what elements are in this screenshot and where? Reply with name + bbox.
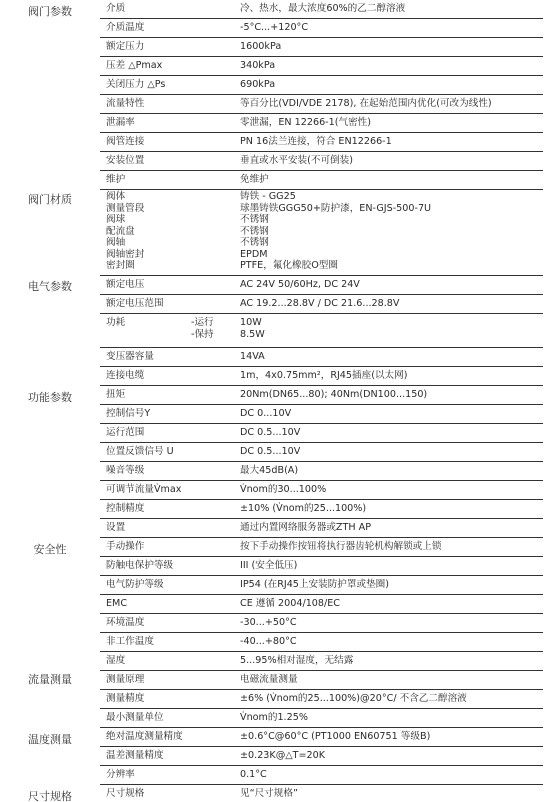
section-safety: 安全性 防触电保护等级III (安全低压) 电气防护等级IP54 (在RJ45上…	[0, 538, 550, 671]
section-label: 温度测量	[0, 731, 100, 747]
row-key: 测量精度	[100, 690, 240, 708]
row-value: 通过内置网络服务器或ZTH AP	[240, 519, 543, 537]
row-key: 安装位置	[100, 152, 240, 170]
table-row: 位置反馈信号 UDC 0.5...10V	[100, 443, 543, 462]
row-value: 免维护	[240, 171, 543, 189]
table-row: EMCCE 遵循 2004/108/EC	[100, 595, 543, 614]
section-label: 阀门材质	[0, 191, 100, 207]
row-key: EMC	[100, 595, 240, 613]
row-key: 非工作温度	[100, 633, 240, 651]
material-value: PTFE，氟化橡胶O型圈	[240, 260, 543, 272]
row-key: 额定压力	[100, 38, 240, 56]
material-value: EPDM	[240, 249, 543, 261]
row-value: 0.1°C	[240, 766, 543, 784]
section-label: 电气参数	[0, 278, 100, 294]
rows: 额定电压AC 24V 50/60Hz, DC 24V 额定电压范围AC 19.2…	[100, 275, 543, 386]
section-flow-measurement: 流量测量 测量原理电磁流量测量 测量精度±6% (V̇nom的25...100%…	[0, 671, 550, 728]
row-key: 连接电缆	[100, 367, 240, 385]
table-row: 介质温度-5°C...+120°C	[100, 19, 543, 38]
row-key: 分辨率	[100, 766, 240, 784]
material-key: 阀体	[106, 191, 240, 203]
row-key: 关闭压力 △Ps	[100, 76, 240, 94]
row-value: PN 16法兰连接，符合 EN12266-1	[240, 133, 543, 151]
row-key: 扭矩	[100, 386, 240, 404]
row-value: 1600kPa	[240, 38, 543, 56]
row-value: IP54 (在RJ45上安装防护罩或垫圈)	[240, 576, 543, 594]
section-valve-materials: 阀门材质 阀体 测量管段 阀球 配流盘 阀轴 阀轴密封 密封圈 铸铁 - GG2…	[0, 190, 550, 275]
table-row: 分辨率0.1°C	[100, 766, 543, 785]
rows: 防触电保护等级III (安全低压) 电气防护等级IP54 (在RJ45上安装防护…	[100, 557, 543, 671]
section-label: 安全性	[0, 541, 100, 557]
material-key: 阀轴	[106, 237, 240, 249]
table-row: 额定电压AC 24V 50/60Hz, DC 24V	[100, 275, 543, 295]
row-key: 介质温度	[100, 19, 240, 37]
material-value: 不锈钢	[240, 226, 543, 238]
row-value: DC 0.5...10V	[240, 443, 543, 461]
section-dimensions: 尺寸规格 尺寸规格见“尺寸规格”	[0, 785, 550, 802]
row-value: CE 遵循 2004/108/EC	[240, 595, 543, 613]
section-label: 尺寸规格	[0, 788, 100, 802]
power-hold-value: 8.5W	[240, 329, 543, 341]
table-row: 安装位置垂直或水平安装(不可倒装)	[100, 152, 543, 171]
row-key: 压差 △Pmax	[100, 57, 240, 75]
table-row: 非工作温度-40...+80°C	[100, 633, 543, 652]
materials-block: 阀体 测量管段 阀球 配流盘 阀轴 阀轴密封 密封圈 铸铁 - GG25 球墨铸…	[100, 190, 543, 275]
row-value: AC 24V 50/60Hz, DC 24V	[240, 276, 543, 294]
row-value: ±0.6°C@60°C (PT1000 EN60751 等级B)	[240, 728, 543, 746]
table-row: 额定电压范围AC 19.2...28.8V / DC 21.6...28.8V	[100, 295, 543, 314]
table-row: 噪音等级最大45dB(A)	[100, 462, 543, 481]
row-key: 电气防护等级	[100, 576, 240, 594]
row-value: 340kPa	[240, 57, 543, 75]
material-key: 阀球	[106, 214, 240, 226]
row-value: 20Nm(DN65...80); 40Nm(DN100...150)	[240, 386, 543, 404]
table-row: 绝对温度测量精度±0.6°C@60°C (PT1000 EN60751 等级B)	[100, 728, 543, 747]
row-key: 维护	[100, 171, 240, 189]
row-value: 690kPa	[240, 76, 543, 94]
rows: 介质冷、热水，最大浓度60%的乙二醇溶液 介质温度-5°C...+120°C 额…	[100, 0, 543, 190]
row-key: 设置	[100, 519, 240, 537]
row-key: 最小测量单位	[100, 709, 240, 727]
row-value: DC 0...10V	[240, 405, 543, 423]
section-valve-params: 阀门参数 介质冷、热水，最大浓度60%的乙二醇溶液 介质温度-5°C...+12…	[0, 0, 550, 190]
row-key: 测量原理	[100, 671, 240, 689]
row-key: 温差测量精度	[100, 747, 240, 765]
material-value: 球墨铸铁GGG50+防护漆，EN-GJS-500-7U	[240, 203, 543, 215]
row-key: 尺寸规格	[100, 785, 240, 802]
row-value: 1m，4x0.75mm²，RJ45插座(以太网)	[240, 367, 543, 385]
row-value: 电磁流量测量	[240, 671, 543, 689]
row-key: 泄漏率	[100, 114, 240, 132]
power-sub-hold: -保持	[191, 329, 214, 341]
table-row: 运行范围DC 0.5...10V	[100, 424, 543, 443]
row-value: 零泄漏，EN 12266-1(气密性)	[240, 114, 543, 132]
row-value: 冷、热水，最大浓度60%的乙二醇溶液	[240, 0, 543, 18]
table-row: 泄漏率零泄漏，EN 12266-1(气密性)	[100, 114, 543, 133]
table-row: 防触电保护等级III (安全低压)	[100, 557, 543, 576]
rows: 阀体 测量管段 阀球 配流盘 阀轴 阀轴密封 密封圈 铸铁 - GG25 球墨铸…	[100, 190, 543, 275]
table-row: 尺寸规格见“尺寸规格”	[100, 785, 543, 802]
material-key: 配流盘	[106, 226, 240, 238]
table-row: 连接电缆1m，4x0.75mm²，RJ45插座(以太网)	[100, 367, 543, 386]
rows: 尺寸规格见“尺寸规格”	[100, 785, 543, 802]
section-label: 阀门参数	[0, 3, 100, 19]
material-key: 测量管段	[106, 203, 240, 215]
table-row: 维护免维护	[100, 171, 543, 190]
table-row: 控制精度±10% (V̇nom的25...100%)	[100, 500, 543, 519]
row-key: 功耗	[106, 317, 191, 344]
power-run-value: 10W	[240, 317, 543, 329]
rows: 绝对温度测量精度±0.6°C@60°C (PT1000 EN60751 等级B)…	[100, 728, 543, 785]
table-row: 阀管连接PN 16法兰连接，符合 EN12266-1	[100, 133, 543, 152]
row-value: ±10% (V̇nom的25...100%)	[240, 500, 543, 518]
row-key: 运行范围	[100, 424, 240, 442]
table-row: 可调节流量V̇maxV̇nom的30...100%	[100, 481, 543, 500]
table-row: 压差 △Pmax340kPa	[100, 57, 543, 76]
row-key: 额定电压	[100, 276, 240, 294]
row-key: 湿度	[100, 652, 240, 670]
row-key: 介质	[100, 0, 240, 18]
row-value: 见“尺寸规格”	[240, 785, 543, 802]
row-value: -30...+50°C	[240, 614, 543, 632]
row-value: -40...+80°C	[240, 633, 543, 651]
section-function: 功能参数 扭矩20Nm(DN65...80); 40Nm(DN100...150…	[0, 386, 550, 557]
row-key: 可调节流量V̇max	[100, 481, 240, 499]
row-key: 控制信号Y	[100, 405, 240, 423]
row-value: 垂直或水平安装(不可倒装)	[240, 152, 543, 170]
row-key: 阀管连接	[100, 133, 240, 151]
row-key: 绝对温度测量精度	[100, 728, 240, 746]
row-value: 14VA	[240, 348, 543, 366]
table-row: 最小测量单位V̇nom的1.25%	[100, 709, 543, 728]
rows: 扭矩20Nm(DN65...80); 40Nm(DN100...150) 控制信…	[100, 386, 543, 557]
row-value: III (安全低压)	[240, 557, 543, 575]
row-value: DC 0.5...10V	[240, 424, 543, 442]
row-key: 额定电压范围	[100, 295, 240, 313]
material-key: 密封圈	[106, 260, 240, 272]
row-value: 最大45dB(A)	[240, 462, 543, 480]
power-sub-run: -运行	[191, 317, 214, 329]
row-value: AC 19.2...28.8V / DC 21.6...28.8V	[240, 295, 543, 313]
material-value: 铸铁 - GG25	[240, 191, 543, 203]
table-row: 电气防护等级IP54 (在RJ45上安装防护罩或垫圈)	[100, 576, 543, 595]
table-row: 测量精度±6% (V̇nom的25...100%)@20°C/ 不含乙二醇溶液	[100, 690, 543, 709]
table-row: 环境温度-30...+50°C	[100, 614, 543, 633]
table-row: 温差测量精度±0.23K@△T=20K	[100, 747, 543, 766]
table-row-power: 功耗 -运行 -保持 10W 8.5W	[100, 314, 543, 348]
table-row: 湿度5...95%相对湿度，无结露	[100, 652, 543, 671]
row-key: 控制精度	[100, 500, 240, 518]
table-row: 测量原理电磁流量测量	[100, 671, 543, 690]
table-row: 介质冷、热水，最大浓度60%的乙二醇溶液	[100, 0, 543, 19]
table-row: 扭矩20Nm(DN65...80); 40Nm(DN100...150)	[100, 386, 543, 405]
material-key: 阀轴密封	[106, 249, 240, 261]
row-key: 变压器容量	[100, 348, 240, 366]
section-temperature-measurement: 温度测量 绝对温度测量精度±0.6°C@60°C (PT1000 EN60751…	[0, 728, 550, 785]
table-row: 变压器容量14VA	[100, 348, 543, 367]
rows: 测量原理电磁流量测量 测量精度±6% (V̇nom的25...100%)@20°…	[100, 671, 543, 728]
row-value: ±0.23K@△T=20K	[240, 747, 543, 765]
row-value: 等百分比(VDI/VDE 2178), 在起始范围内优化(可改为线性)	[240, 95, 543, 113]
table-row: 流量特性等百分比(VDI/VDE 2178), 在起始范围内优化(可改为线性)	[100, 95, 543, 114]
row-value: ±6% (V̇nom的25...100%)@20°C/ 不含乙二醇溶液	[240, 690, 543, 708]
row-key: 防触电保护等级	[100, 557, 240, 575]
row-key: 噪音等级	[100, 462, 240, 480]
table-row: 额定压力1600kPa	[100, 38, 543, 57]
section-label: 功能参数	[0, 389, 100, 405]
material-value: 不锈钢	[240, 237, 543, 249]
row-value: 5...95%相对湿度，无结露	[240, 652, 543, 670]
section-electrical: 电气参数 额定电压AC 24V 50/60Hz, DC 24V 额定电压范围AC…	[0, 275, 550, 386]
section-label: 流量测量	[0, 671, 100, 687]
spec-sheet: 阀门参数 介质冷、热水，最大浓度60%的乙二醇溶液 介质温度-5°C...+12…	[0, 0, 550, 802]
row-key: 环境温度	[100, 614, 240, 632]
table-row: 控制信号YDC 0...10V	[100, 405, 543, 424]
table-row: 设置通过内置网络服务器或ZTH AP	[100, 519, 543, 538]
row-key: 流量特性	[100, 95, 240, 113]
table-row: 关闭压力 △Ps690kPa	[100, 76, 543, 95]
material-value: 不锈钢	[240, 214, 543, 226]
row-value: V̇nom的1.25%	[240, 709, 543, 727]
row-key: 位置反馈信号 U	[100, 443, 240, 461]
row-value: V̇nom的30...100%	[240, 481, 543, 499]
row-value: -5°C...+120°C	[240, 19, 543, 37]
